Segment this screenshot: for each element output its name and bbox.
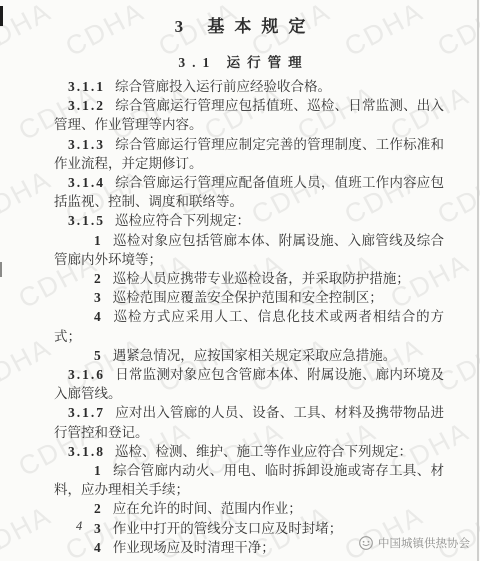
paragraph-number: 3.1.5 xyxy=(68,213,105,228)
paragraph-text: 巡检人员应携带专业巡检设备，并采取防护措施； xyxy=(113,271,410,286)
paragraph-text: 巡检对象应包括管廊本体、附属设施、入廊管线及综合管廊内外环境等； xyxy=(54,233,444,267)
paragraph-text: 应在允许的时间、范围内作业； xyxy=(113,501,302,516)
clause-paragraph: 3.1.1综合管廊投入运行前应经验收合格。 xyxy=(54,77,444,96)
paragraph-number: 4 xyxy=(94,540,103,555)
section-title: 3.1 运行管理 xyxy=(0,51,480,71)
paragraph-text: 综合管廊运行管理应包括值班、巡检、日常监测、出入管理、作业管理等内容。 xyxy=(54,98,444,132)
paragraph-number: 3.1.6 xyxy=(68,367,105,382)
list-item-paragraph: 4巡检方式应采用人工、信息化技术或两者相结合的方式； xyxy=(54,307,444,345)
paragraph-text: 作业现场应及时清理干净； xyxy=(113,540,275,555)
paragraph-number: 3 xyxy=(94,521,103,536)
scan-artifact xyxy=(0,6,3,26)
list-item-paragraph: 2应在允许的时间、范围内作业； xyxy=(54,499,444,518)
paragraph-number: 3.1.1 xyxy=(68,79,105,94)
paragraph-text: 巡检范围应覆盖安全保护范围和安全控制区； xyxy=(113,290,383,305)
paragraph-text: 综合管廊运行管理应配备值班人员，值班工作内容应包括监视、控制、调度和联络等。 xyxy=(54,175,444,209)
scan-page-edge-line xyxy=(477,0,479,561)
paragraph-number: 2 xyxy=(94,271,103,286)
paragraph-text: 综合管廊运行管理应制定完善的管理制度、工作标准和作业流程，并定期修订。 xyxy=(54,137,444,171)
clause-paragraph: 3.1.6日常监测对象应包含管廊本体、附属设施、廊内环境及入廊管线。 xyxy=(54,365,444,403)
paragraph-text: 应对出入管廊的人员、设备、工具、材料及携带物品进行管控和登记。 xyxy=(54,405,444,439)
clause-paragraph: 3.1.8巡检、检测、维护、施工等作业应符合下列规定： xyxy=(54,442,444,461)
chapter-title: 3 基本规定 xyxy=(0,12,480,37)
list-item-paragraph: 5遇紧急情况，应按国家相关规定采取应急措施。 xyxy=(54,346,444,365)
paragraph-number: 1 xyxy=(94,233,103,248)
footer-org-name: 中国城镇供热协会 xyxy=(378,535,470,551)
page-number: 4 xyxy=(76,519,82,534)
paragraph-number: 3.1.4 xyxy=(68,175,105,190)
paragraph-text: 综合管廊投入运行前应经验收合格。 xyxy=(115,79,331,94)
watermark-text: CDHA xyxy=(0,332,57,399)
clause-paragraph: 3.1.3综合管廊运行管理应制定完善的管理制度、工作标准和作业流程，并定期修订。 xyxy=(54,135,444,173)
paragraph-text: 巡检、检测、维护、施工等作业应符合下列规定： xyxy=(115,444,412,459)
paragraph-number: 3.1.7 xyxy=(68,405,105,420)
paragraph-text: 作业中打开的管线分支口应及时封堵； xyxy=(113,521,343,536)
document-page: CDHACDHACDHACDHACDHACDHACDHACDHACDHACDHA… xyxy=(0,0,480,561)
paragraph-text: 巡检方式应采用人工、信息化技术或两者相结合的方式； xyxy=(54,309,444,343)
paragraph-number: 3.1.3 xyxy=(68,137,105,152)
list-item-paragraph: 1巡检对象应包括管廊本体、附属设施、入廊管线及综合管廊内外环境等； xyxy=(54,231,444,269)
paragraph-number: 3 xyxy=(94,290,103,305)
footer: 中国城镇供热协会 xyxy=(358,535,470,551)
list-item-paragraph: 3巡检范围应覆盖安全保护范围和安全控制区； xyxy=(54,288,444,307)
cdha-logo-icon xyxy=(358,535,374,551)
paragraph-number: 1 xyxy=(94,463,103,478)
clause-paragraph: 3.1.2综合管廊运行管理应包括值班、巡检、日常监测、出入管理、作业管理等内容。 xyxy=(54,96,444,134)
list-item-paragraph: 1综合管廊内动火、用电、临时拆卸设施或寄存工具、材料，应办理相关手续； xyxy=(54,461,444,499)
clause-paragraph: 3.1.7应对出入管廊的人员、设备、工具、材料及携带物品进行管控和登记。 xyxy=(54,403,444,441)
scan-artifact xyxy=(0,262,2,277)
clause-paragraph: 3.1.4综合管廊运行管理应配备值班人员，值班工作内容应包括监视、控制、调度和联… xyxy=(54,173,444,211)
watermark-text: CDHA xyxy=(0,500,57,561)
paragraph-text: 巡检应符合下列规定： xyxy=(115,213,250,228)
list-item-paragraph: 2巡检人员应携带专业巡检设备，并采取防护措施； xyxy=(54,269,444,288)
paragraph-number: 3.1.8 xyxy=(68,444,105,459)
paragraph-number: 3.1.2 xyxy=(68,98,105,113)
paragraph-number: 2 xyxy=(94,501,103,516)
paragraph-number: 4 xyxy=(94,309,103,324)
paragraph-text: 日常监测对象应包含管廊本体、附属设施、廊内环境及入廊管线。 xyxy=(54,367,444,401)
paragraph-text: 综合管廊内动火、用电、临时拆卸设施或寄存工具、材料，应办理相关手续； xyxy=(54,463,444,497)
clause-paragraph: 3.1.5巡检应符合下列规定： xyxy=(54,211,444,230)
watermark-text: CDHA xyxy=(0,164,57,231)
document-body: 3.1.1综合管廊投入运行前应经验收合格。3.1.2综合管廊运行管理应包括值班、… xyxy=(54,77,444,557)
paragraph-number: 5 xyxy=(94,348,103,363)
paragraph-text: 遇紧急情况，应按国家相关规定采取应急措施。 xyxy=(113,348,397,363)
